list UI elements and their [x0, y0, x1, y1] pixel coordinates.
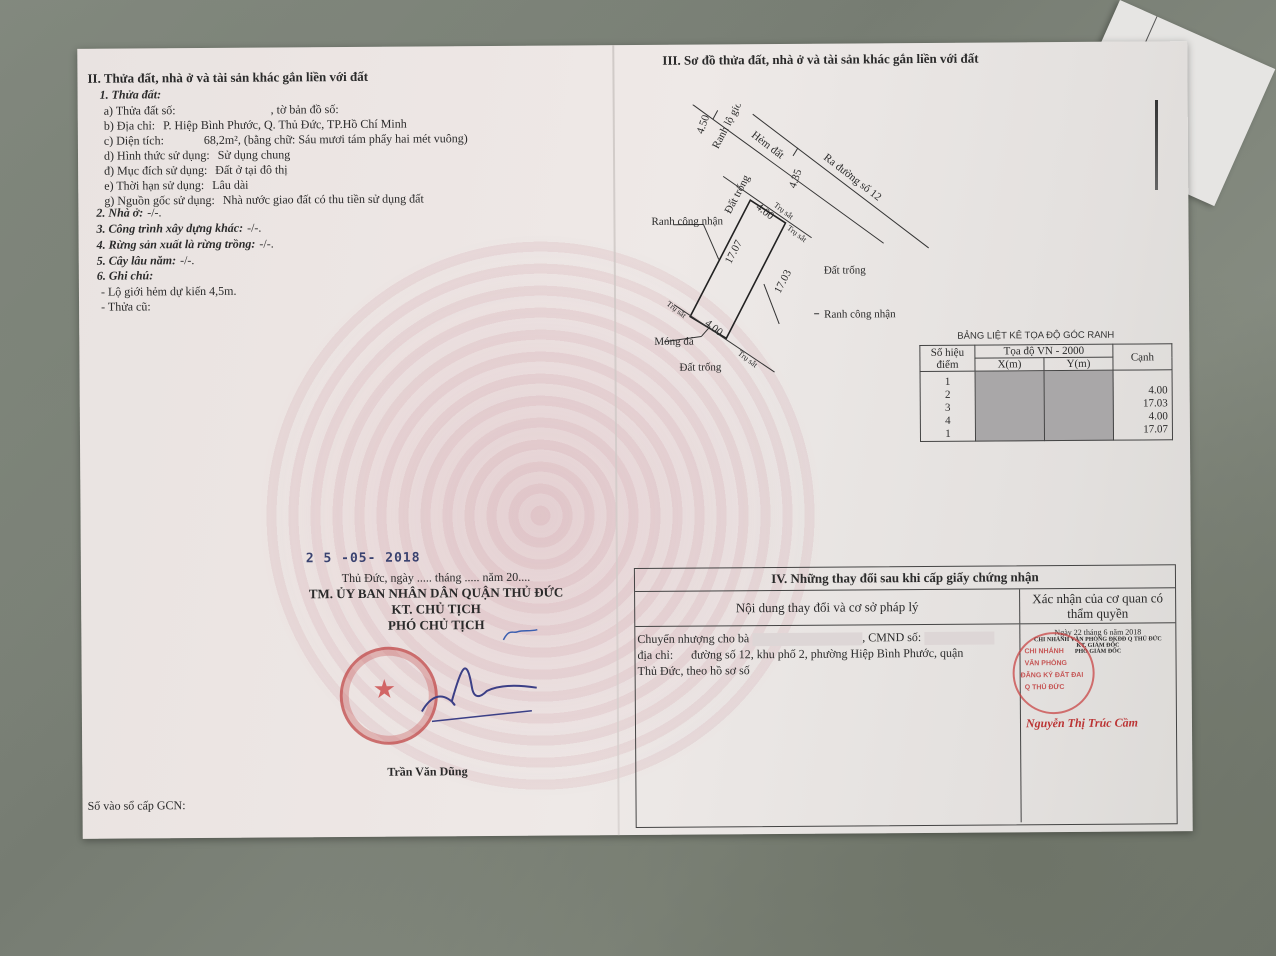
note-2: - Thửa cũ: — [101, 299, 151, 314]
svg-text:Ranh công nhận: Ranh công nhận — [824, 308, 896, 321]
svg-text:4.35: 4.35 — [787, 167, 805, 190]
page-fold — [612, 45, 620, 835]
note-1: - Lộ giới hẻm dự kiến 4,5m. — [101, 284, 237, 300]
item-5: 5. Cây lâu năm:-/-. — [97, 253, 195, 269]
x-coordinates-redacted — [975, 371, 1044, 441]
dossier-line: Thủ Đức, theo hồ sơ số — [638, 660, 1018, 679]
item-2: 2. Nhà ở:-/-. — [96, 205, 161, 220]
svg-text:Trụ sắt: Trụ sắt — [785, 223, 809, 244]
svg-text:17.03: 17.03 — [772, 267, 794, 295]
field-4: đ) Mục đích sử dụng:Đất ở tại đô thị — [104, 162, 288, 178]
header-change-content: Nội dung thay đổi và cơ sở pháp lý — [635, 589, 1020, 626]
signer-name: Trần Văn Dũng — [387, 764, 467, 780]
header-point: Số hiệu điểm — [920, 345, 975, 371]
svg-text:Đất trống: Đất trống — [679, 361, 721, 373]
field-0: a) Thửa đất số:, tờ bản đồ số: — [104, 102, 339, 119]
header-x: X(m) — [975, 358, 1044, 371]
section-iii-title: III. Sơ đồ thửa đất, nhà ở và tài sản kh… — [662, 51, 978, 69]
received-date-stamp: 2 5 -05- 2018 — [306, 551, 421, 567]
svg-text:4.50: 4.50 — [694, 113, 712, 136]
id-label: , CMND số: — [862, 630, 921, 644]
header-edge: Cạnh — [1113, 344, 1172, 370]
signature-scribble — [412, 656, 542, 727]
svg-text:Hẻm đất: Hẻm đất — [749, 129, 786, 161]
y-coordinates-redacted — [1044, 370, 1113, 440]
signature-block: Thủ Đức, ngày ..... tháng ..... năm 20..… — [251, 569, 621, 635]
header-confirmation: Xác nhận của cơ quan có thẩm quyền — [1020, 588, 1175, 623]
svg-text:17.07: 17.07 — [723, 238, 745, 266]
redacted-name — [752, 632, 862, 646]
redacted-id — [924, 631, 994, 644]
initial-scribble — [501, 624, 541, 644]
field-3: d) Hình thức sử dụng:Sử dụng chung — [104, 147, 290, 163]
gcn-register-label: Số vào sổ cấp GCN: — [87, 798, 185, 814]
address-line: địa chỉ: đường số 12, khu phố 2, phường … — [637, 644, 1017, 663]
field-5: e) Thời hạn sử dụng:Lâu dài — [104, 178, 248, 194]
transfer-text: Chuyển nhượng cho bà — [637, 631, 749, 646]
svg-text:Ranh lộ giới: Ranh lộ giới — [710, 103, 746, 151]
section-ii-title: II. Thửa đất, nhà ở và tài sản khác gắn … — [87, 69, 368, 87]
signer-role-2: PHÓ CHỦ TỊCH — [251, 616, 621, 635]
svg-text:Đất trống: Đất trống — [824, 264, 866, 276]
header-system: Tọa độ VN - 2000 — [975, 344, 1113, 358]
field-2: c) Diện tích:68,2m², (bằng chữ: Sáu mươi… — [104, 131, 468, 149]
svg-text:Ranh công nhận: Ranh công nhận — [651, 215, 723, 228]
svg-text:Trụ sắt: Trụ sắt — [736, 349, 760, 370]
land-certificate-page: II. Thửa đất, nhà ở và tài sản khác gắn … — [77, 41, 1192, 839]
svg-text:Trụ sắt: Trụ sắt — [665, 299, 689, 320]
header-y: Y(m) — [1044, 357, 1113, 370]
confirmation-signer: Nguyễn Thị Trúc Cầm — [1026, 715, 1138, 731]
svg-text:Ra đường số 12: Ra đường số 12 — [821, 152, 883, 204]
notes-heading: 6. Ghi chú: — [97, 268, 153, 283]
land-plot-heading: 1. Thửa đất: — [100, 87, 162, 102]
coordinate-table: Số hiệu điểm Tọa độ VN - 2000 Cạnh X(m) … — [919, 343, 1173, 442]
registration-office-seal: CHI NHÁNH VĂN PHÒNG ĐĂNG KÝ ĐẤT ĐAI Q TH… — [1012, 632, 1095, 715]
star-icon: ★ — [373, 675, 397, 705]
edge-lengths: 4.0017.034.0017.07 — [1113, 370, 1172, 440]
pen — [1155, 100, 1158, 190]
item-4: 4. Rừng sản xuất là rừng trồng:-/-. — [97, 237, 274, 253]
svg-text:Móng đá: Móng đá — [654, 336, 694, 348]
point-ids: 12341 — [920, 371, 975, 441]
confirmation-cell: Ngày 22 tháng 6 năm 2018 CHI NHÁNH VĂN P… — [1020, 623, 1176, 822]
item-3: 3. Công trình xây dựng khác:-/-. — [96, 221, 261, 237]
changes-table: IV. Những thay đổi sau khi cấp giấy chứn… — [634, 564, 1178, 828]
coord-table-title: BẢNG LIỆT KÊ TỌA ĐỘ GÓC RANH — [957, 330, 1114, 342]
change-content: Chuyển nhượng cho bà , CMND số: địa chỉ:… — [635, 624, 1021, 825]
